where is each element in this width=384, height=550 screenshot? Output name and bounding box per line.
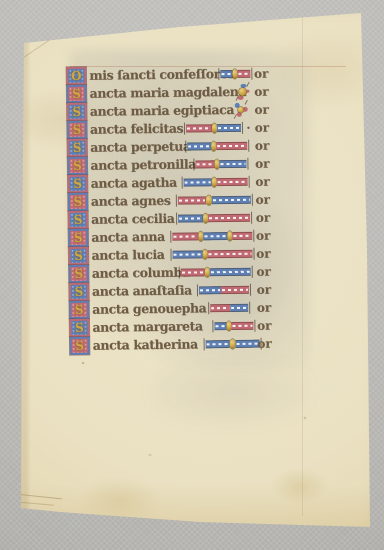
ora-abbreviation: or <box>257 335 272 353</box>
litany-text-block: O mis ſancti confeſſores or S ancta mari… <box>66 65 272 355</box>
saint-name-text: ancta perpetua <box>90 137 191 156</box>
filler-segment-red <box>195 160 214 168</box>
ora-abbreviation: or <box>256 263 271 281</box>
illuminated-initial: S <box>68 211 88 229</box>
saint-name-text: ancta genouepha <box>92 299 206 318</box>
saint-name-text: ancta petronilla <box>90 155 196 174</box>
filler-segment-red <box>186 124 212 132</box>
saint-name-text: ancta felicitas <box>90 120 183 139</box>
illuminated-initial: S <box>68 229 88 247</box>
filler-segment-red <box>178 196 206 204</box>
line-filler-bar <box>181 268 251 277</box>
filler-segment-blue <box>199 286 221 294</box>
line-filler-bar <box>220 70 250 78</box>
ora-abbreviation: or <box>257 281 272 299</box>
filler-segment-red <box>221 286 249 294</box>
gold-besant-core <box>238 107 244 113</box>
saint-name-text: mis ſancti confeſſores <box>89 65 234 85</box>
filler-segment-blue <box>230 304 248 312</box>
filler-segment-blue <box>203 232 227 240</box>
filler-segment-red <box>231 322 253 330</box>
saint-name-text: ancta katherina <box>93 335 198 354</box>
line-filler-bar <box>172 232 252 241</box>
leaf-edge-line <box>16 494 62 500</box>
filler-segment-red <box>210 304 230 312</box>
illuminated-initial: O <box>66 67 86 85</box>
filler-segment-red <box>172 232 198 240</box>
saint-name-text: ancta agatha <box>91 174 177 193</box>
filler-segment-red <box>232 232 252 240</box>
filler-segment-red <box>207 250 252 259</box>
illuminated-initial: S <box>68 193 88 211</box>
ora-abbreviation: or <box>257 317 272 335</box>
saint-name-text: ancta agnes <box>91 192 171 211</box>
line-filler-bar <box>178 214 250 223</box>
manuscript-leaf: O mis ſancti confeſſores or S ancta mari… <box>0 0 384 550</box>
ora-abbreviation: or <box>254 65 269 83</box>
verso-show-through-smudge <box>150 362 310 434</box>
filler-segment-blue <box>219 160 246 168</box>
filler-segment-blue <box>210 268 251 277</box>
gold-besant-core <box>239 88 247 96</box>
line-filler-bar <box>206 340 260 349</box>
filler-segment-blue <box>217 124 241 132</box>
line-filler-bar <box>187 142 247 151</box>
line-filler-bar <box>195 160 246 169</box>
saint-name-text: ancta maria egiptiaca <box>90 101 234 121</box>
ora-abbreviation: or <box>255 137 270 155</box>
saint-name-text: ancta cecilia <box>91 210 175 229</box>
ora-abbreviation: or <box>254 101 269 119</box>
illuminated-initial: S <box>66 85 86 103</box>
line-filler-bar <box>178 196 251 205</box>
line-filler-bar <box>186 124 241 133</box>
litany-line: S ancta maria magdalena or <box>66 83 268 103</box>
illuminated-initial: S <box>70 337 90 355</box>
ora-abbreviation: or <box>256 209 271 227</box>
illuminated-initial: S <box>69 319 89 337</box>
saint-name-text: ancta maria magdalena <box>89 83 246 103</box>
saint-name-text: ancta anaſtaſia <box>92 281 192 300</box>
filler-segment-red <box>208 214 250 223</box>
ora-abbreviation: or <box>257 299 272 317</box>
saint-name-text: ancta anna <box>91 228 165 247</box>
litany-line: S ancta katherina or <box>70 335 272 355</box>
filler-segment-blue <box>206 340 230 348</box>
illuminated-initial: S <box>67 103 87 121</box>
illuminated-initial: S <box>69 265 89 283</box>
filler-segment-blue <box>172 250 202 258</box>
line-filler-bar <box>210 304 248 312</box>
illuminated-initial: S <box>67 121 87 139</box>
ora-abbreviation: or <box>256 245 271 263</box>
vertical-fold-line <box>302 18 303 516</box>
line-filler-bar <box>199 286 249 295</box>
ora-abbreviation: or <box>255 173 270 191</box>
ora-abbreviation: or <box>256 227 271 245</box>
illuminated-initial: S <box>67 157 87 175</box>
illuminated-initial: S <box>68 247 88 265</box>
ora-abbreviation: or <box>254 83 269 101</box>
illuminated-initial: S <box>69 283 89 301</box>
ora-abbreviation: or <box>255 155 270 173</box>
filler-segment-blue <box>187 142 211 150</box>
filler-segment-blue <box>236 340 260 348</box>
filler-segment-blue <box>220 70 232 78</box>
flower-rosette-ornament <box>233 102 249 118</box>
filler-segment-blue <box>178 214 203 222</box>
line-filler-bar <box>172 250 252 259</box>
filler-segment-blue <box>214 322 226 330</box>
illuminated-initial: S <box>67 139 87 157</box>
line-filler-bar <box>184 178 248 187</box>
saint-name-text: ancta lucia <box>91 246 164 265</box>
filler-segment-red <box>181 268 205 276</box>
filler-segment-red <box>217 178 248 186</box>
filler-segment-red <box>237 70 250 78</box>
ora-abbreviation: or <box>255 191 270 209</box>
gold-besant-ornament <box>234 84 250 100</box>
saint-name-text: ancta columba <box>92 264 190 283</box>
line-filler-bar <box>214 322 253 330</box>
ora-abbreviation: · or <box>246 119 269 137</box>
saint-name-text: ancta margareta <box>92 317 202 336</box>
filler-segment-blue <box>212 196 251 204</box>
filler-segment-blue <box>184 178 212 186</box>
illuminated-initial: S <box>68 175 88 193</box>
illuminated-initial: S <box>69 301 89 319</box>
filler-segment-red <box>216 142 247 150</box>
ornament-petal <box>238 96 244 100</box>
